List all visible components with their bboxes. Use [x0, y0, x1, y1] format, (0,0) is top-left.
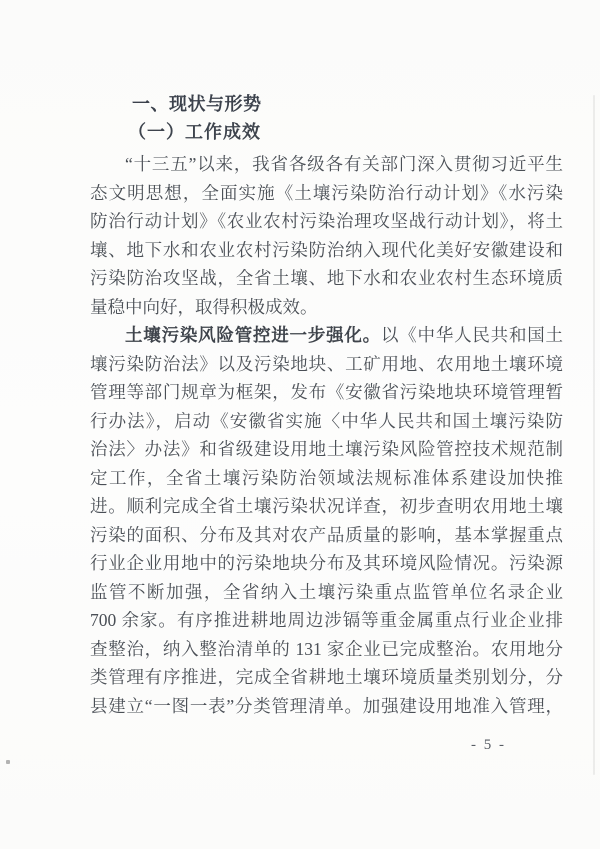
- text-run: 态文明思想，全面实施《土壤污染防治行动计划》《水污染: [90, 183, 563, 203]
- text-run: 类管理有序推进，完成全省耕地土壤环境质量类别划分，分: [90, 667, 563, 687]
- text-line: 防治行动计划》《农业农村污染治理攻坚战行动计划》，将土: [90, 207, 563, 236]
- text-run: 监管不断加强，全省纳入土壤污染重点监管单位名录企业: [90, 582, 563, 602]
- text-run: 700 余家。有序推进耕地周边涉镉等重金属重点行业企业排: [90, 610, 563, 630]
- text-run: 治法〉办法》和省级建设用地土壤污染风险管控技术规范制: [90, 439, 563, 459]
- text-run: 污染防治攻坚战，全省土壤、地下水和农业农村生态环境质: [90, 268, 563, 288]
- text-line: 行业企业用地中的污染地块分布及其环境风险情况。污染源: [90, 549, 563, 578]
- text-line: 定工作，全省土壤污染防治领域法规标准体系建设加快推: [90, 464, 563, 493]
- text-run: 行办法》，启动《安徽省实施〈中华人民共和国土壤污染防: [90, 411, 563, 431]
- section-heading: 一、现状与形势: [132, 92, 262, 116]
- text-line: 管理等部门规章为框架，发布《安徽省污染地块环境管理暂: [90, 378, 563, 407]
- text-run: 壤、地下水和农业农村污染防治纳入现代化美好安徽建设和: [90, 240, 563, 260]
- text-run: 行业企业用地中的污染地块分布及其环境风险情况。污染源: [90, 553, 563, 573]
- text-run: 防治行动计划》《农业农村污染治理攻坚战行动计划》，将土: [90, 211, 563, 231]
- text-line: 污染防治攻坚战，全省土壤、地下水和农业农村生态环境质: [90, 264, 563, 293]
- text-line: 行办法》，启动《安徽省实施〈中华人民共和国土壤污染防: [90, 407, 563, 436]
- text-line: 污染的面积、分布及其对农产品质量的影响，基本掌握重点: [90, 521, 563, 550]
- text-line: 量稳中向好，取得积极成效。: [90, 293, 563, 322]
- text-line: 态文明思想，全面实施《土壤污染防治行动计划》《水污染: [90, 179, 563, 208]
- text-line: 查整治，纳入整治清单的 131 家企业已完成整治。农用地分: [90, 635, 563, 664]
- page-number: - 5 -: [471, 737, 506, 754]
- scan-edge-line: [593, 95, 595, 775]
- scanned-document-page: 一、现状与形势 （一）工作成效 “十三五”以来，我省各级各有关部门深入贯彻习近平…: [0, 0, 600, 849]
- text-line: 监管不断加强，全省纳入土壤污染重点监管单位名录企业: [90, 578, 563, 607]
- bold-text-run: 土壤污染风险管控进一步强化。: [125, 325, 381, 345]
- text-line: 类管理有序推进，完成全省耕地土壤环境质量类别划分，分: [90, 663, 563, 692]
- text-line: 县建立“一图一表”分类管理清单。加强建设用地准入管理，: [90, 692, 563, 721]
- text-run: 以《中华人民共和国土: [381, 325, 563, 345]
- text-line: 壤、地下水和农业农村污染防治纳入现代化美好安徽建设和: [90, 236, 563, 265]
- text-line: 700 余家。有序推进耕地周边涉镉等重金属重点行业企业排: [90, 606, 563, 635]
- text-run: 定工作，全省土壤污染防治领域法规标准体系建设加快推: [90, 468, 563, 488]
- text-run: 县建立“一图一表”分类管理清单。加强建设用地准入管理，: [90, 696, 563, 716]
- text-line: 土壤污染风险管控进一步强化。以《中华人民共和国土: [90, 321, 563, 350]
- scan-speck: [6, 760, 10, 764]
- text-line: “十三五”以来，我省各级各有关部门深入贯彻习近平生: [90, 150, 563, 179]
- text-run: “十三五”以来，我省各级各有关部门深入贯彻习近平生: [125, 154, 563, 174]
- text-line: 治法〉办法》和省级建设用地土壤污染风险管控技术规范制: [90, 435, 563, 464]
- text-run: 壤污染防治法》以及污染地块、工矿用地、农用地土壤环境: [90, 354, 563, 374]
- text-run: 污染的面积、分布及其对农产品质量的影响，基本掌握重点: [90, 525, 563, 545]
- text-run: 进。顺利完成全省土壤污染状况详查，初步查明农用地土壤: [90, 496, 563, 516]
- text-line: 壤污染防治法》以及污染地块、工矿用地、农用地土壤环境: [90, 350, 563, 379]
- text-run: 管理等部门规章为框架，发布《安徽省污染地块环境管理暂: [90, 382, 563, 402]
- document-body: “十三五”以来，我省各级各有关部门深入贯彻习近平生态文明思想，全面实施《土壤污染…: [90, 150, 563, 720]
- text-run: 查整治，纳入整治清单的 131 家企业已完成整治。农用地分: [90, 639, 563, 659]
- subsection-heading: （一）工作成效: [128, 120, 261, 144]
- text-line: 进。顺利完成全省土壤污染状况详查，初步查明农用地土壤: [90, 492, 563, 521]
- text-run: 量稳中向好，取得积极成效。: [90, 297, 318, 317]
